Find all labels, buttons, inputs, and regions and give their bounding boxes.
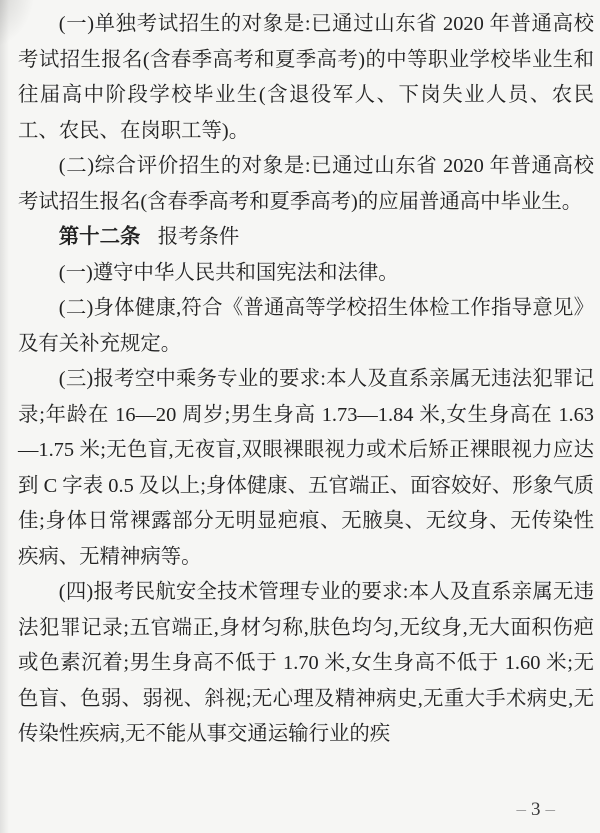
article-title: 报考条件 xyxy=(158,226,240,248)
page-footer: –3– xyxy=(512,800,561,819)
article-heading: 第十二条报考条件 xyxy=(18,220,594,256)
paragraph: (四)报考民航安全技术管理专业的要求:本人及直系亲属无违法犯罪记录;五官端正,身… xyxy=(18,575,594,753)
document-page: (一)单独考试招生的对象是:已通过山东省 2020 年普通高校考试招生报名(含春… xyxy=(0,0,600,833)
footer-dash: – xyxy=(517,799,527,820)
paragraph: (二)身体健康,符合《普通高等学校招生体检工作指导意见》及有关补充规定。 xyxy=(18,291,594,362)
document-body: (一)单独考试招生的对象是:已通过山东省 2020 年普通高校考试招生报名(含春… xyxy=(18,7,594,753)
paragraph: (二)综合评价招生的对象是:已通过山东省 2020 年普通高校考试招生报名(含春… xyxy=(18,149,594,220)
paragraph: (三)报考空中乘务专业的要求:本人及直系亲属无违法犯罪记录;年龄在 16—20 … xyxy=(18,362,594,575)
paragraph: (一)单独考试招生的对象是:已通过山东省 2020 年普通高校考试招生报名(含春… xyxy=(18,7,594,149)
article-number: 第十二条 xyxy=(59,226,141,248)
paragraph: (一)遵守中华人民共和国宪法和法律。 xyxy=(18,256,594,292)
footer-dash: – xyxy=(546,799,556,820)
page-number: 3 xyxy=(531,799,541,820)
